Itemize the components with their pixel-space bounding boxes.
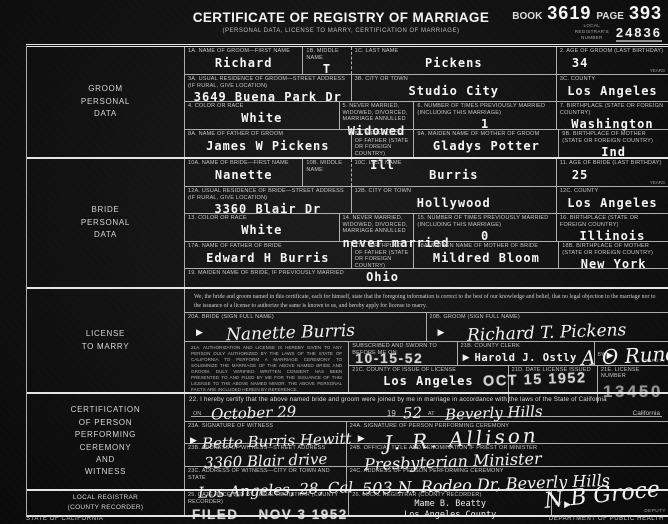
county-clerk-name: Harold J. Ostly (475, 352, 577, 364)
field-label: 9b. BIRTHPLACE OF MOTHER (STATE OR FOREI… (562, 131, 665, 144)
ceremony-year-script: 52 (402, 404, 422, 423)
field-bride-race: 13. COLOR OR RACE White (185, 214, 340, 241)
at-label: AT (428, 411, 435, 417)
field-witness-signature: 23a. SIGNATURE OF WITNESS ▶ Bette Burris… (185, 422, 347, 443)
field-label: 10a. NAME OF BRIDE—FIRST NAME (188, 160, 299, 167)
section-label-license: LICENSETO MARRY (27, 289, 185, 392)
field-label: 20a. BRIDE (SIGN FULL NAME) (188, 314, 423, 321)
field-value: Mildred Bloom (417, 251, 555, 265)
field-groom-residence: 3a. USUAL RESIDENCE OF GROOM—STREET ADDR… (185, 75, 352, 101)
title-block: CERTIFICATE OF REGISTRY OF MARRIAGE (PER… (166, 10, 516, 34)
field-label: 9a. MAIDEN NAME OF MOTHER OF GROOM (417, 131, 555, 138)
field-groom-first-name: 1a. NAME OF GROOM—FIRST NAME Richard (185, 47, 303, 74)
field-label: 3a. USUAL RESIDENCE OF GROOM—STREET ADDR… (188, 76, 348, 89)
field-bride-birthplace: 16. BIRTHPLACE (STATE OR FOREIGN COUNTRY… (557, 214, 668, 241)
field-label: 21c. COUNTY OF ISSUE OF LICENSE (352, 367, 504, 374)
certificate-header: CERTIFICATE OF REGISTRY OF MARRIAGE (PER… (26, 0, 668, 44)
field-bride-middle-name: 10b. MIDDLE NAME (303, 159, 351, 186)
field-label: 19. MAIDEN NAME OF BRIDE, IF PREVIOUSLY … (188, 270, 665, 277)
field-unit: YEARS (650, 180, 665, 185)
field-label: 3c. COUNTY (560, 76, 665, 83)
section-label-certification: CERTIFICATIONOF PERSONPERFORMINGCEREMONY… (27, 394, 185, 489)
field-label: 2. AGE OF GROOM (LAST BIRTHDAY) (560, 48, 665, 55)
deputy-label: DEPUTY (644, 508, 666, 513)
date-issued-stamp: OCT 15 1952 (482, 370, 586, 390)
field-officiant-title: 24b. OFFICIAL TITLE AND DENOMINATION IF … (347, 444, 668, 466)
field-groom-mother-birthplace: 9b. BIRTHPLACE OF MOTHER (STATE OR FOREI… (559, 130, 668, 157)
field-groom-city: 3b. CITY OR TOWN Studio City (352, 75, 557, 101)
field-label: 8a. NAME OF FATHER OF GROOM (188, 131, 348, 138)
field-bride-age: 11. AGE OF BRIDE (LAST BIRTHDAY) 25 YEAR… (557, 159, 668, 186)
arrow-icon: ▶ (196, 327, 203, 338)
field-label: 20b. GROOM (SIGN FULL NAME) (430, 314, 666, 321)
field-witness-city: 23c. ADDRESS OF WITNESS—CITY OR TOWN AND… (185, 467, 347, 489)
field-bride-mother-name: 18a. MAIDEN NAME OF MOTHER OF BRIDE Mild… (414, 242, 559, 268)
on-label: ON (193, 411, 201, 417)
registrar-number-line: LOCALREGISTRAR'SNUMBER 24836 (482, 23, 662, 42)
field-value: Hollywood (355, 196, 553, 210)
field-label: 8b. BIRTHPLACE OF FATHER (STATE OR FOREI… (355, 131, 411, 157)
field-label: 18b. BIRTHPLACE OF MOTHER (STATE OR FORE… (562, 243, 665, 256)
field-bride-city: 12b. CITY OR TOWN Hollywood (352, 187, 557, 213)
field-groom-race: 4. COLOR OR RACE White (185, 102, 340, 129)
field-subscribed-sworn: SUBSCRIBED AND SWORN TO BEFORE ME ON 10-… (349, 342, 457, 365)
certify-date-line: ON October 29 19 52 AT Beverly Hills Cal… (185, 403, 668, 420)
field-value: James W Pickens (188, 139, 348, 153)
section-label-bride: BRIDEPERSONALDATA (27, 159, 185, 287)
field-unit: YEARS (650, 68, 665, 73)
page-number: 393 (629, 3, 662, 24)
field-bride-father-birthplace: 17b. BIRTHPLACE OF FATHER (STATE OR FORE… (352, 242, 415, 268)
field-label: 17a. NAME OF FATHER OF BRIDE (188, 243, 348, 250)
certificate-scan: CERTIFICATE OF REGISTRY OF MARRIAGE (PER… (0, 0, 668, 524)
field-registrar-deputy-signature: BY ▶ N B Groce DEPUTY (552, 491, 668, 515)
field-value: Ind (562, 145, 665, 159)
book-page-line: BOOK 3619 PAGE 393 (482, 3, 662, 24)
field-label: 23a. SIGNATURE OF WITNESS (188, 423, 343, 430)
field-value: White (188, 223, 336, 237)
field-value: Gladys Potter (417, 139, 555, 153)
field-value: Nanette (188, 168, 299, 182)
field-value: Burris (355, 168, 553, 182)
footer-department: DEPARTMENT OF PUBLIC HEALTH (549, 516, 664, 522)
field-groom-county: 3c. COUNTY Los Angeles (557, 75, 668, 101)
field-groom-times-married: 6. NUMBER OF TIMES PREVIOUSLY MARRIED (I… (414, 102, 556, 129)
field-groom-signature: 20b. GROOM (SIGN FULL NAME) ▶ Richard T.… (427, 313, 668, 341)
state-suffix: California (633, 410, 660, 417)
field-label: 10c. LAST NAME (355, 160, 553, 167)
field-bride-maiden-name: 19. MAIDEN NAME OF BRIDE, IF PREVIOUSLY … (185, 269, 668, 287)
field-groom-last-name: 1c. LAST NAME Pickens (352, 47, 557, 74)
footer-state: STATE OF CALIFORNIA (26, 516, 104, 522)
field-label: 7. BIRTHPLACE (STATE OR FOREIGN COUNTRY) (560, 103, 665, 116)
section-label-groom: GROOMPERSONALDATA (27, 47, 185, 157)
field-bride-times-married: 15. NUMBER OF TIMES PREVIOUSLY MARRIED (… (414, 214, 556, 241)
field-bride-signature: 20a. BRIDE (SIGN FULL NAME) ▶ Nanette Bu… (185, 313, 427, 341)
arrow-icon: ▶ (463, 352, 470, 363)
arrow-icon: ▶ (438, 327, 445, 338)
field-affidavit: We, the bride and groom named in this ce… (185, 289, 668, 312)
arrow-icon: ▶ (358, 433, 365, 444)
field-bride-mother-birthplace: 18b. BIRTHPLACE OF MOTHER (STATE OR FORE… (559, 242, 668, 268)
affidavit-text: We, the bride and groom named in this ce… (188, 290, 665, 311)
field-label: 1c. LAST NAME (355, 48, 553, 55)
field-date-license-issued: 21d. DATE LICENSE ISSUED OCT 15 1952 (509, 366, 598, 403)
field-bride-father-name: 17a. NAME OF FATHER OF BRIDE Edward H Bu… (185, 242, 352, 268)
authorization-text: 21a. AUTHORIZATION AND LICENSE IS HEREBY… (188, 343, 345, 395)
certificate-form: GROOMPERSONALDATA 1a. NAME OF GROOM—FIRS… (26, 44, 668, 517)
field-value: Los Angeles (560, 196, 665, 210)
page-title: CERTIFICATE OF REGISTRY OF MARRIAGE (166, 10, 516, 25)
field-groom-father-birthplace: 8b. BIRTHPLACE OF FATHER (STATE OR FOREI… (352, 130, 415, 157)
page-subtitle: (PERSONAL DATA, LICENSE TO MARRY, CERTIF… (166, 28, 516, 34)
field-label: 13. COLOR OR RACE (188, 215, 336, 222)
field-label: 1a. NAME OF GROOM—FIRST NAME (188, 48, 299, 55)
field-value: Richard (188, 56, 299, 70)
field-clerk-deputy-signature: BY ▶ A O Rundler DEPUTY (595, 342, 668, 365)
field-label: 1b. MIDDLE NAME (306, 48, 347, 61)
field-witness-street: 23b. ADDRESS OF WITNESS—STREET ADDRESS 3… (185, 444, 347, 466)
field-label: 3b. CITY OR TOWN (355, 76, 553, 83)
field-value: White (188, 111, 336, 125)
page-label: PAGE (596, 11, 624, 22)
registrar-name: Mame B. Beatty (352, 499, 548, 510)
field-value: Los Angeles (352, 374, 504, 388)
section-groom: GROOMPERSONALDATA 1a. NAME OF GROOM—FIRS… (27, 47, 668, 159)
field-license-number: 21e. LICENSE NUMBER 13450 (598, 366, 668, 403)
registrar-number-label: LOCALREGISTRAR'SNUMBER (575, 23, 609, 42)
field-groom-age: 2. AGE OF GROOM (LAST BIRTHDAY) 34 YEARS (557, 47, 668, 74)
field-date-received: 25. DATE RECEIVED BY LOCAL REGISTRAR (CO… (185, 491, 349, 515)
field-groom-father-name: 8a. NAME OF FATHER OF GROOM James W Pick… (185, 130, 352, 157)
field-groom-birthplace: 7. BIRTHPLACE (STATE OR FOREIGN COUNTRY)… (557, 102, 668, 129)
field-label: 15. NUMBER OF TIMES PREVIOUSLY MARRIED (… (417, 215, 552, 228)
field-value: Studio City (355, 84, 553, 98)
sworn-date-stamp: 10-15-52 (355, 350, 423, 366)
field-label: 11. AGE OF BRIDE (LAST BIRTHDAY) (560, 160, 665, 167)
field-label: 12c. COUNTY (560, 188, 665, 195)
field-label: 26. LOCAL REGISTRAR (COUNTY RECORDER) (352, 492, 548, 499)
field-label: 12a. USUAL RESIDENCE OF BRIDE—STREET ADD… (188, 188, 348, 201)
field-label: 17b. BIRTHPLACE OF FATHER (STATE OR FORE… (355, 243, 411, 269)
field-value: Edward H Burris (188, 251, 348, 265)
ceremony-place-script: Beverly Hills (444, 402, 542, 423)
field-label: 25. DATE RECEIVED BY LOCAL REGISTRAR (CO… (188, 492, 345, 505)
field-groom-middle-name: 1b. MIDDLE NAME T (303, 47, 351, 74)
field-bride-residence: 12a. USUAL RESIDENCE OF BRIDE—STREET ADD… (185, 187, 352, 213)
form-footer: STATE OF CALIFORNIA DEPARTMENT OF PUBLIC… (26, 515, 664, 522)
book-page-block: BOOK 3619 PAGE 393 LOCALREGISTRAR'SNUMBE… (482, 3, 662, 42)
field-value: Pickens (355, 56, 553, 70)
field-label: 18a. MAIDEN NAME OF MOTHER OF BRIDE (417, 243, 555, 250)
section-label-registrar: LOCAL REGISTRAR(COUNTY RECORDER) (27, 491, 185, 515)
license-number-stamp: 13450 (601, 382, 665, 402)
field-bride-first-name: 10a. NAME OF BRIDE—FIRST NAME Nanette (185, 159, 303, 186)
field-label: 6. NUMBER OF TIMES PREVIOUSLY MARRIED (I… (417, 103, 552, 116)
field-bride-county: 12c. COUNTY Los Angeles (557, 187, 668, 213)
field-county-clerk: 21b. COUNTY CLERK ▶ Harold J. Ostly (458, 342, 595, 365)
field-bride-marital-status: 14. NEVER MARRIED, WIDOWED, DIVORCED, MA… (340, 214, 415, 241)
field-label: 4. COLOR OR RACE (188, 103, 336, 110)
field-groom-mother-name: 9a. MAIDEN NAME OF MOTHER OF GROOM Glady… (414, 130, 559, 157)
book-number: 3619 (547, 3, 591, 24)
field-groom-marital-status: 5. NEVER MARRIED, WIDOWED, DIVORCED, MAR… (340, 102, 415, 129)
field-local-registrar: 26. LOCAL REGISTRAR (COUNTY RECORDER) Ma… (349, 491, 552, 515)
field-label: 10b. MIDDLE NAME (306, 160, 347, 173)
year-prefix: 19 (387, 409, 396, 418)
field-label: 5. NEVER MARRIED, WIDOWED, DIVORCED, MAR… (343, 103, 411, 123)
field-officiant-signature: 24a. SIGNATURE OF PERSON PERFORMING CERE… (347, 422, 668, 443)
section-registrar: LOCAL REGISTRAR(COUNTY RECORDER) 25. DAT… (27, 491, 668, 517)
field-value: Los Angeles (560, 84, 665, 98)
book-label: BOOK (512, 11, 542, 22)
registrar-number: 24836 (616, 25, 662, 42)
section-license: LICENSETO MARRY We, the bride and groom … (27, 289, 668, 394)
section-certification: CERTIFICATIONOF PERSONPERFORMINGCEREMONY… (27, 394, 668, 491)
field-label: 16. BIRTHPLACE (STATE OR FOREIGN COUNTRY… (560, 215, 665, 228)
field-bride-last-name: 10c. LAST NAME Burris (352, 159, 557, 186)
field-label: 21b. COUNTY CLERK (461, 343, 591, 350)
section-bride: BRIDEPERSONALDATA 10a. NAME OF BRIDE—FIR… (27, 159, 668, 289)
field-authorization: 21a. AUTHORIZATION AND LICENSE IS HEREBY… (185, 342, 349, 392)
field-label: 12b. CITY OR TOWN (355, 188, 553, 195)
field-label: 14. NEVER MARRIED, WIDOWED, DIVORCED, MA… (343, 215, 411, 235)
ceremony-date-script: October 29 (211, 403, 297, 424)
